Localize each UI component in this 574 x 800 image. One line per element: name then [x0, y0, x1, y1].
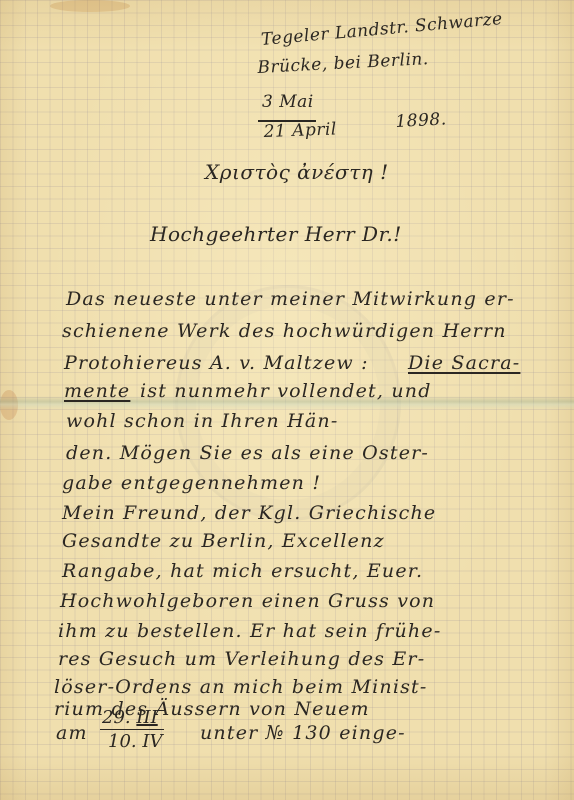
- book-title-underlined-continued: mente: [64, 380, 130, 402]
- body-line: löser-Ordens an mich beim Minist-: [54, 676, 428, 698]
- date-day-month: 21 April: [263, 119, 337, 142]
- letter-page: Tegeler Landstr. Schwarze Brücke, bei Be…: [0, 0, 574, 800]
- address-line-1: Tegeler Landstr. Schwarze: [260, 9, 503, 50]
- body-line: Das neueste unter meiner Mitwirkung er-: [66, 288, 515, 310]
- easter-greeting-greek: Χριστὸς ἀνέστη !: [205, 160, 389, 184]
- body-line: den. Mögen Sie es als eine Oster-: [66, 442, 429, 464]
- body-line: Hochwohlgeboren einen Gruss von: [60, 590, 435, 612]
- body-line: schienene Werk des hochwürdigen Herrn: [62, 320, 507, 342]
- fraction-denominator: 10. IV: [100, 730, 164, 752]
- body-line: Protohiereus A. v. Maltzew :: [64, 352, 369, 374]
- paper-stain: [50, 0, 130, 12]
- fraction-numerator: 29. III: [100, 707, 164, 730]
- date-fraction: 29. III 10. IV: [100, 707, 164, 752]
- last-line-prefix: am: [56, 722, 88, 744]
- date-year: 1898.: [395, 109, 447, 132]
- body-line: Rangabe, hat mich ersucht, Euer.: [62, 560, 423, 582]
- body-line: ihm zu bestellen. Er hat sein frühe-: [58, 620, 441, 642]
- fraction-month: III: [136, 707, 157, 728]
- book-title-underlined: Die Sacra-: [408, 352, 520, 374]
- body-line: res Gesuch um Verleihung des Er-: [58, 648, 425, 670]
- address-line-2: Brücke, bei Berlin.: [257, 49, 429, 78]
- body-line: ist nunmehr vollendet, und: [140, 380, 432, 402]
- body-line: Mein Freund, der Kgl. Griechische: [62, 502, 436, 524]
- body-line: gabe entgegennehmen !: [62, 472, 321, 494]
- body-line: wohl schon in Ihren Hän-: [66, 410, 338, 432]
- last-line-suffix: unter № 130 einge-: [200, 722, 406, 744]
- fraction-day: 29.: [102, 707, 131, 728]
- salutation: Hochgeehrter Herr Dr.!: [150, 222, 402, 246]
- address-line-3: 3 Mai: [262, 92, 314, 112]
- body-line: Gesandte zu Berlin, Excellenz: [62, 530, 385, 552]
